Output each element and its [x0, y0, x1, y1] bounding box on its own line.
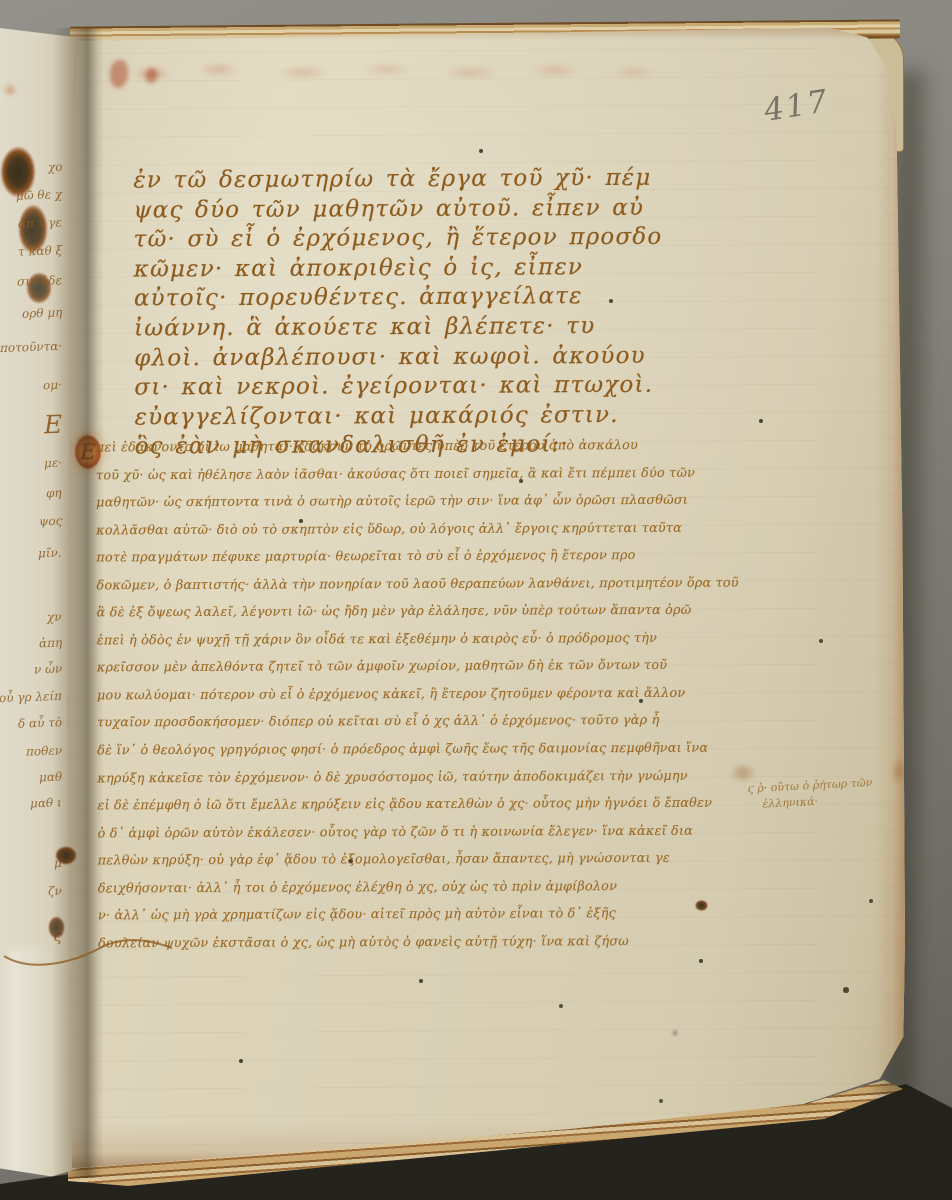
commentary-line: εἰ δὲ ἐπέμφθη ὁ ἰῶ ὅτι ἔμελλε κηρύξειν ε… — [97, 790, 725, 820]
commentary-line: πεὶ ἐδάκνοντο οἱ ἰω μαθηταὶ· ἐδόκουν τὸ … — [96, 432, 724, 462]
purple-dot — [670, 1028, 680, 1038]
commentary-line: ἐπεὶ ἡ ὁδὸς ἐν ψυχῇ τῇ χάριν ὃν οἶδά τε … — [97, 624, 725, 654]
marginal-note: ϛ ῥ· οὕτω ὁ ῥήτωρ τῶν ἑλληνικά· — [747, 775, 878, 814]
commentary-line: κολλᾶσθαι αὐτῶ· διὸ οὐ τὸ σκηπτὸν εἰς ὕδ… — [96, 514, 724, 544]
commentary-line: ποτὲ πραγμάτων πέφυκε μαρτυρία· θεωρεῖτα… — [96, 542, 724, 572]
gospel-line: κῶμεν· καὶ ἀποκριθεὶς ὁ ἰς, εἶπεν — [134, 253, 709, 286]
commentary-line: ν· ἀλλ᾽ ὡς μὴ γρὰ χρηματίζων εἰς ᾅδου· α… — [98, 900, 726, 930]
commentary-line: τοῦ χῦ· ὡς καὶ ἠθέλησε λαὸν ἰᾶσθαι· ἀκού… — [96, 459, 724, 489]
commentary-line: κηρύξη κἀκεῖσε τὸν ἐρχόμενον· ὁ δὲ χρυσό… — [97, 762, 725, 792]
commentary-line: δὲ ἵν᾽ ὁ θεολόγος γρηγόριος φησί· ὁ πρόε… — [97, 735, 725, 765]
gospel-line: φλοὶ. ἀναβλέπουσι· καὶ κωφοὶ. ἀκούου — [134, 342, 709, 375]
commentary-block: πεὶ ἐδάκνοντο οἱ ἰω μαθηταὶ· ἐδόκουν τὸ … — [96, 432, 726, 958]
commentary-line: δουλείαν ψυχῶν ἐκστᾶσαι ὁ χς, ὡς μὴ αὐτὸ… — [98, 927, 726, 957]
gospel-line: σι· καὶ νεκροὶ. ἐγείρονται· καὶ πτωχοὶ. — [134, 372, 709, 405]
gospel-text-block: ἐν τῶ δεσμωτηρίω τὰ ἔργα τοῦ χῦ· πέμ ψας… — [133, 164, 710, 463]
gospel-line: ἰωάννη. ἃ ἀκούετε καὶ βλέπετε· τυ — [134, 312, 709, 345]
manuscript-photo: χο μῶ θε χ ἀπ τ γε τ καθ ξ σιν ὁδε ορθ μ… — [0, 0, 952, 1200]
commentary-line: τυχαῖον προσδοκήσομεν· διόπερ οὐ κεῖται … — [97, 707, 725, 737]
manuscript-page: 417 ἐν τῶ δεσμωτηρίω τὰ ἔργα τοῦ χῦ· πέμ… — [62, 26, 905, 1168]
rust-spot — [2, 82, 18, 98]
commentary-line: δοκῶμεν, ὁ βαπτιστής· ἀλλὰ τὴν πονηρίαν … — [96, 569, 724, 599]
gospel-line: τῶ· σὺ εἶ ὁ ἐρχόμενος, ἢ ἕτερον προσδο — [134, 224, 709, 257]
gutter-shadow — [52, 28, 104, 1178]
gospel-line: αὐτοῖς· πορευθέντες. ἀπαγγείλατε — [134, 283, 709, 316]
folio-number: 417 — [762, 83, 832, 129]
faded-rubric-offset — [118, 56, 678, 86]
dark-spot — [695, 900, 708, 911]
commentary-line: δειχθήσονται· ἀλλ᾽ ἦ τοι ὁ ἐρχόμενος ἐλέ… — [98, 872, 726, 902]
commentary-line: κρεῖσσον μὲν ἀπελθόντα ζητεῖ τὸ τῶν ἀμφο… — [97, 652, 725, 682]
pen-flourish — [0, 918, 180, 978]
gospel-line: εὐαγγελίζονται· καὶ μακάριός ἐστιν. — [134, 401, 709, 434]
brown-stain — [726, 760, 760, 786]
page-fold-highlight — [8, 948, 54, 1198]
commentary-line: μου κωλύομαι· πότερον σὺ εἶ ὁ ἐρχόμενος … — [97, 680, 725, 710]
commentary-line: πελθὼν κηρύξη· οὐ γὰρ ἐφ᾽ ᾅδου τὸ ἐξομολ… — [98, 845, 726, 875]
commentary-line: ὁ δ᾽ ἀμφὶ ὀρῶν αὐτὸν ἐκάλεσεν· οὗτος γὰρ… — [98, 817, 726, 847]
commentary-line: ἃ δὲ ἐξ ὄψεως λαλεῖ, λέγοντι ἰῶ· ὡς ἤδη … — [97, 597, 725, 627]
commentary-line: μαθητῶν· ὡς σκήπτοντα τινὰ ὁ σωτὴρ αὐτοῖ… — [96, 487, 724, 517]
dirt-speckles — [0, 0, 2, 2]
gospel-line: ἐν τῶ δεσμωτηρίω τὰ ἔργα τοῦ χῦ· πέμ — [133, 164, 708, 197]
gospel-line: ψας δύο τῶν μαθητῶν αὐτοῦ. εἶπεν αὐ — [133, 194, 708, 227]
